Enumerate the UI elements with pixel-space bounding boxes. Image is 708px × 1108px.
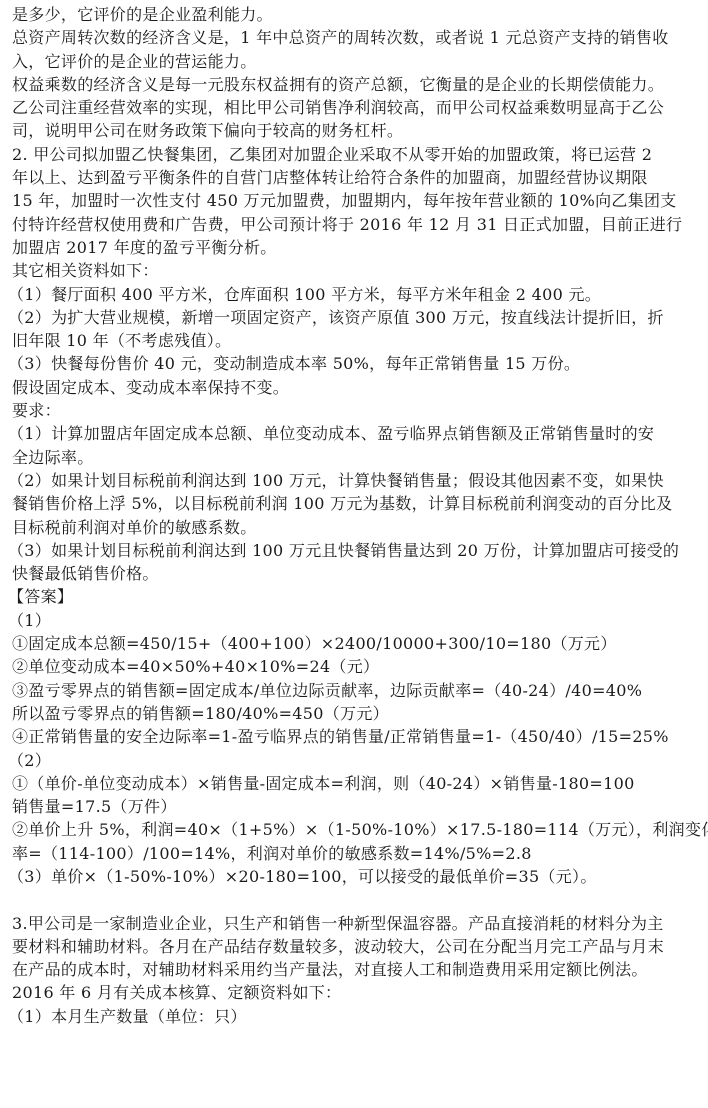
question-2: 2. 甲公司拟加盟乙快餐集团，乙集团对加盟企业采取不从零开始的加盟政策，将已运营… <box>12 143 702 889</box>
requirement-item: 目标税前利润对单价的敏感系数。 <box>12 516 702 539</box>
answer-line: ②单位变动成本=40×50%+40×10%=24（元） <box>12 655 702 678</box>
answer-body: （1） ①固定成本总额=450/15+（400+100）×2400/10000+… <box>12 609 702 889</box>
requirement-item: 全边际率。 <box>12 446 702 469</box>
requirement-item: （3）如果计划目标税前利润达到 100 万元且快餐销售量达到 20 万份，计算加… <box>8 539 702 562</box>
other-info-item: 旧年限 10 年（不考虑残值）。 <box>12 329 702 352</box>
question-2-stem: 2. 甲公司拟加盟乙快餐集团，乙集团对加盟企业采取不从零开始的加盟政策，将已运营… <box>12 143 702 259</box>
text-line: 是多少，它评价的是企业盈利能力。 <box>12 3 702 26</box>
text-line: 3.甲公司是一家制造业企业，只生产和销售一种新型保温容器。产品直接消耗的材料分为… <box>12 912 702 935</box>
answer-line: 所以盈亏零界点的销售额=180/40%=450（万元） <box>12 702 702 725</box>
answer-line: ④正常销售量的安全边际率=1-盈亏临界点的销售量/正常销售量=1-（450/40… <box>12 725 702 748</box>
answer-heading: 【答案】 <box>8 585 702 608</box>
text-line: 15 年，加盟时一次性支付 450 万元加盟费，加盟期内，每年按年营业额的 10… <box>12 189 702 212</box>
answer-line: （1） <box>8 609 702 632</box>
text-line: 权益乘数的经济含义是每一元股东权益拥有的资产总额，它衡量的是企业的长期偿债能力。 <box>12 73 702 96</box>
requirements-heading: 要求： <box>12 399 702 422</box>
answer-line: ①固定成本总额=450/15+（400+100）×2400/10000+300/… <box>12 632 702 655</box>
text-line: 年以上、达到盈亏平衡条件的自营门店整体转让给符合条件的加盟商，加盟经营协议期限 <box>12 166 702 189</box>
text-line: 司，说明甲公司在财务政策下偏向于较高的财务杠杆。 <box>12 119 702 142</box>
other-info-list: （1）餐厅面积 400 平方米，仓库面积 100 平方米，每平方米年租金 2 4… <box>12 283 702 376</box>
text-line: 在产品的成本时，对辅助材料采用约当产量法，对直接人工和制造费用采用定额比例法。 <box>12 958 702 981</box>
section-spacer <box>12 888 702 911</box>
assumption-text: 假设固定成本、变动成本率保持不变。 <box>12 376 702 399</box>
answer-line: （3）单价×（1-50%-10%）×20-180=100，可以接受的最低单价=3… <box>8 865 702 888</box>
other-info-heading: 其它相关资料如下： <box>12 259 702 282</box>
other-info-item: （2）为扩大营业规模，新增一项固定资产，该资产原值 300 万元，按直线法计提折… <box>8 306 702 329</box>
text-line: 入，它评价的是企业的营运能力。 <box>12 50 702 73</box>
answer-line: ③盈亏零界点的销售额=固定成本/单位边际贡献率，边际贡献率=（40-24）/40… <box>12 679 702 702</box>
answer-line: 销售量=17.5（万件） <box>12 795 702 818</box>
answer-line: 率=（114-100）/100=14%，利润对单价的敏感系数=14%/5%=2.… <box>12 842 702 865</box>
other-info-item: （1）餐厅面积 400 平方米，仓库面积 100 平方米，每平方米年租金 2 4… <box>8 283 702 306</box>
other-info-item: （3）快餐每份售价 40 元，变动制造成本率 50%，每年正常销售量 15 万份… <box>8 352 702 375</box>
text-line: 2016 年 6 月有关成本核算、定额资料如下： <box>12 981 702 1004</box>
requirement-item: （1）计算加盟店年固定成本总额、单位变动成本、盈亏临界点销售额及正常销售量时的安 <box>8 422 702 445</box>
requirements-list: （1）计算加盟店年固定成本总额、单位变动成本、盈亏临界点销售额及正常销售量时的安… <box>12 422 702 585</box>
document-page: 是多少，它评价的是企业盈利能力。 总资产周转次数的经济含义是，1 年中总资产的周… <box>12 3 702 1028</box>
text-line: 总资产周转次数的经济含义是，1 年中总资产的周转次数，或者说 1 元总资产支持的… <box>12 26 702 49</box>
text-line: （1）本月生产数量（单位：只） <box>8 1005 702 1028</box>
question-3: 3.甲公司是一家制造业企业，只生产和销售一种新型保温容器。产品直接消耗的材料分为… <box>12 912 702 1028</box>
text-line: 付特许经营权使用费和广告费，甲公司预计将于 2016 年 12 月 31 日正式… <box>12 213 702 236</box>
requirement-item: 快餐最低销售价格。 <box>12 562 702 585</box>
answer-line: ②单价上升 5%，利润=40×（1+5%）×（1-50%-10%）×17.5-1… <box>12 818 702 841</box>
requirement-item: 餐销售价格上浮 5%，以目标税前利润 100 万元为基数，计算目标税前利润变动的… <box>12 492 702 515</box>
answer-line: （2） <box>8 749 702 772</box>
answer-line: ①（单价-单位变动成本）×销售量-固定成本=利润，则（40-24）×销售量-18… <box>12 772 702 795</box>
text-line: 乙公司注重经营效率的实现，相比甲公司销售净利润较高，而甲公司权益乘数明显高于乙公 <box>12 96 702 119</box>
text-line: 2. 甲公司拟加盟乙快餐集团，乙集团对加盟企业采取不从零开始的加盟政策，将已运营… <box>12 143 702 166</box>
requirement-item: （2）如果计划目标税前利润达到 100 万元，计算快餐销售量；假设其他因素不变，… <box>8 469 702 492</box>
text-line: 要材料和辅助材料。各月在产品结存数量较多，波动较大，公司在分配当月完工产品与月末 <box>12 935 702 958</box>
previous-answer-tail: 是多少，它评价的是企业盈利能力。 总资产周转次数的经济含义是，1 年中总资产的周… <box>12 3 702 143</box>
text-line: 加盟店 2017 年度的盈亏平衡分析。 <box>12 236 702 259</box>
